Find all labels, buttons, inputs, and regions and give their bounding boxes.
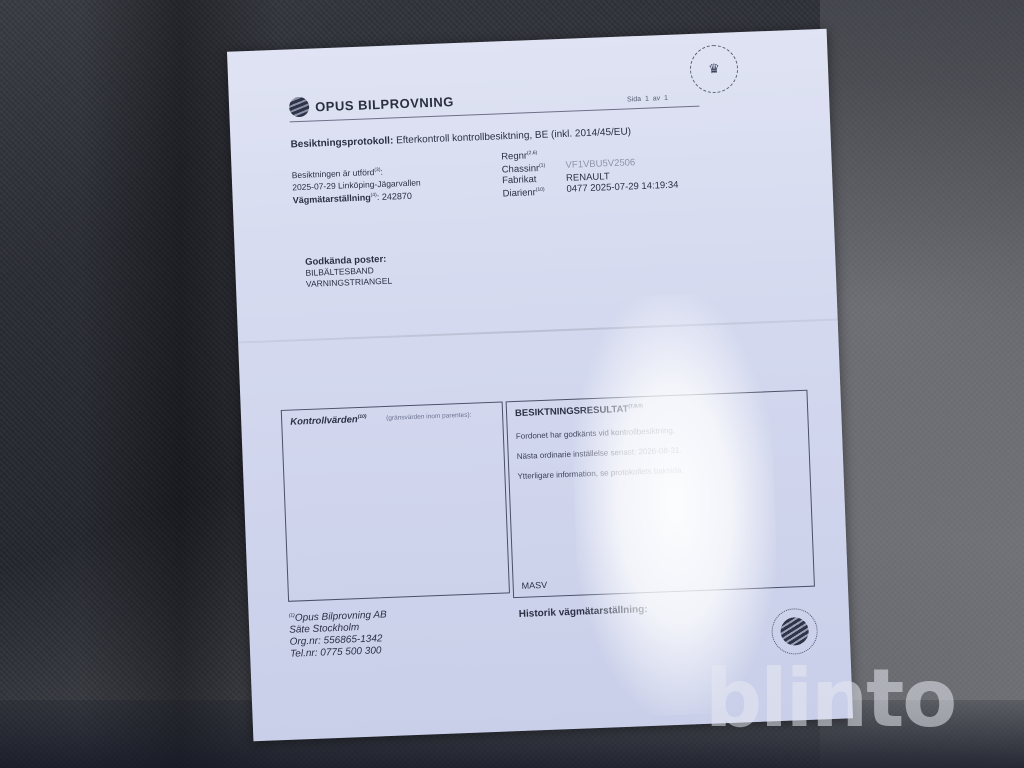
control-values-box: Kontrollvärden(10) (gränsvärden inom par… [281,401,510,601]
approved-item: VARNINGSTRIANGEL [306,276,393,290]
inspector-signature: MASV [522,580,548,591]
globe-icon [780,617,809,646]
result-line: Nästa ordinarie inställelse senast: 2026… [517,446,682,461]
brand-logo: OPUS BILPROVNING [289,91,454,117]
inspection-place-date: Besiktningen är utförd(3): 2025-07-29 Li… [291,162,420,193]
company-info: (1)Opus Bilprovning AB Säte Stockholm Or… [288,606,388,661]
globe-icon [289,97,310,118]
result-line: Fordonet har godkänts vid kontrollbesikt… [516,426,675,441]
climate-compensation-seal-icon [771,608,819,656]
inspection-report-paper: OPUS BILPROVNING ♛ Sida 1 av 1 Besiktnin… [227,29,853,742]
odometer-reading: Vägmätarställning(4): 242870 [293,191,413,206]
vehicle-info: Regnr(2,6) Chassinr(1) VF1VBU5V2506 Fabr… [501,143,679,200]
page-indicator: Sida 1 av 1 [627,95,668,104]
result-line: Ytterligare information, se protokollets… [517,466,684,481]
approved-items: Godkända poster: BILBÄLTESBAND VARNINGST… [305,254,392,290]
inspection-result-box: BESIKTNINGSRESULTAT(7,8,9) Fordonet har … [506,390,815,598]
odometer-history-heading: Historik vägmätarställning: [519,604,648,620]
paper-fold [238,319,838,344]
brand-name: OPUS BILPROVNING [315,94,454,114]
swedac-crown-seal-icon: ♛ [689,44,739,94]
watermark-logo: blinto [705,652,955,745]
